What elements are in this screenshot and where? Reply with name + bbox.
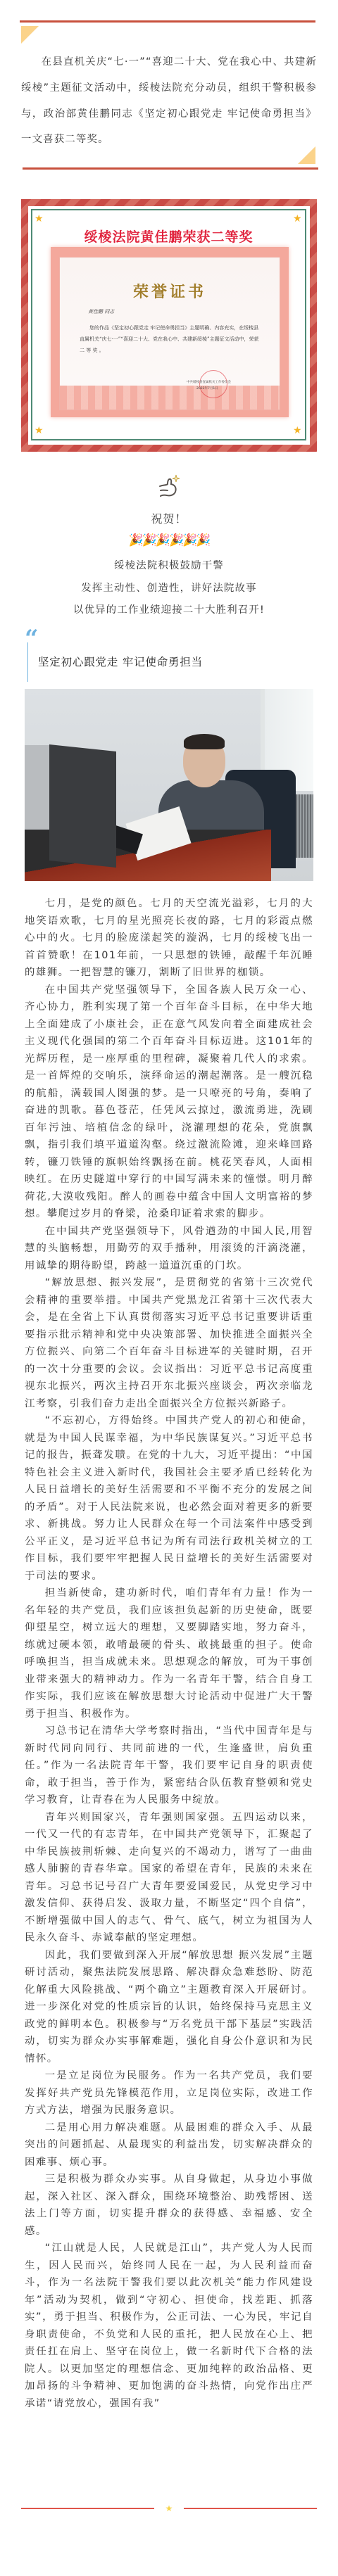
person-hair [184,734,225,749]
official-seal-icon [199,370,227,398]
slogan-line: 绥棱法院积极鼓励干警 [0,555,338,578]
author-photo [25,689,313,881]
certificate-card: ★ ★ ★ ★ 绥棱法院黄佳鹏荣获二等奖 荣誉证书 黄佳鹏 同志 您的作品《坚定… [28,206,310,445]
end-divider: ★ [21,2501,317,2515]
star-icon: ★ [293,214,303,224]
article-paragraph: 七月，是党的颜色。七月的天空流光溢彩，七月的大地笑语欢歌，七月的星光照亮长夜的路… [25,895,313,982]
certificate-date: 2022年7月1日 [196,386,218,391]
star-icon: ★ [35,426,44,436]
section-title: 坚定初心跟党走 牢记使命勇担当 [38,654,203,669]
article-paragraph: 三是积极为群众办实事。从自身做起，从身边小事做起，深入社区、深入群众，围绕环境整… [25,2171,313,2240]
computer-monitor [49,744,116,868]
article-paragraph: 青年兴则国家兴，青年强则国家强。五四运动以来，一代又一代的有志青年，在中国共产党… [25,1809,313,1947]
article-paragraph: “解放思想、振兴发展”，是贯彻党的省第十三次党代会精神的重要举措。中国共产党黑龙… [25,1274,313,1412]
slogan-line: 以优异的工作业绩迎接二十大胜利召开! [0,599,338,622]
quote-bar-divider [27,642,29,682]
certificate-heading: 荣誉证书 [60,280,280,302]
star-icon: ★ [293,426,303,436]
article-paragraph: “不忘初心，方得始终。中国共产党人的初心和使命，就是为中国人民谋幸福，为中华民族… [25,1412,313,1585]
article-paragraph: 因此，我们要做到深入开展“解放思想 振兴发展”主题研讨活动，聚焦法院发展思路、解… [25,1947,313,2068]
intro-paragraph: 在县直机关庆“七·一”“喜迎二十大、党在我心中、共建新绥棱”主题征文活动中，绥棱… [21,49,317,153]
article-paragraph: 在中国共产党坚强领导下，全国各族人民万众一心、齐心协力，胜利实现了第一个百年奋斗… [25,982,313,1223]
party-popper-icons: 🎉🎉🎉🎉🎉🎉 [0,533,338,548]
divider-line-left [21,2508,154,2509]
clapping-hand-icon [158,474,182,499]
certificate-banner-title: 绥棱法院黄佳鹏荣获二等奖 [32,227,305,246]
slogan-line: 发挥主动性、创造性，讲好法院故事 [0,578,338,600]
star-icon: ★ [35,214,44,224]
certificate-body: 您的作品《坚定初心跟党走 牢记使命勇担当》主题明确、内容充实，在绥棱县直属机关“… [80,322,263,356]
top-rule-divider [20,20,315,23]
article-paragraph: 习总书记在清华大学考察时指出，“当代中国青年是与新时代同向同行、共同前进的一代，… [25,1722,313,1809]
intro-block: 在县直机关庆“七·一”“喜迎二十大、党在我心中、共建新绥棱”主题征文活动中，绥棱… [20,20,315,170]
certificate-image: 荣誉证书 黄佳鹏 同志 您的作品《坚定初心跟党走 牢记使命勇担当》主题明确、内容… [51,247,289,417]
article-paragraph: 一是立足岗位为民服务。作为一名共产党员，我们要发挥好共产党员先锋模范作用，立足岗… [25,2067,313,2119]
corner-triangle-bottom-right-icon [298,146,315,164]
certificate-issuer: 中共绥棱县直属机关工作委员会 [187,380,231,384]
certificate-paper: 荣誉证书 黄佳鹏 同志 您的作品《坚定初心跟党走 牢记使命勇担当》主题明确、内容… [59,257,280,410]
article-paragraph: 担当新使命，建功新时代，咱们青年有力量！作为一名年轻的共产党员，我们应该担负起新… [25,1585,313,1722]
certificate-recipient: 黄佳鹏 同志 [88,308,114,315]
article-body: 七月，是党的颜色。七月的天空流光溢彩，七月的大地笑语欢歌，七月的星光照亮长夜的路… [25,895,313,2412]
bottom-rule-divider [23,167,318,170]
article-paragraph: 在中国共产党坚强领导下，风骨遒劲的中国人民,用智慧的头脑畅想，用勤劳的双手播种，… [25,1223,313,1275]
divider-line-right [184,2508,317,2509]
article-paragraph: 二是用心用力解决难题。从最困难的群众入手、从最突出的问题抓起、从最现实的利益出发… [25,2119,313,2171]
slogan-block: 绥棱法院积极鼓励干警 发挥主动性、创造性，讲好法院故事 以优异的工作业绩迎接二十… [0,555,338,622]
article-paragraph: “江山就是人民，人民就是江山”，共产党人为人民而生，因人民而兴，始终同人民在一起… [25,2240,313,2412]
congrats-text: 祝贺！ [0,510,338,526]
certificate-frame: ★ ★ ★ ★ 绥棱法院黄佳鹏荣获二等奖 荣誉证书 黄佳鹏 同志 您的作品《坚定… [21,199,317,452]
star-icon: ★ [164,2501,174,2515]
certificate-inner-border: ★ ★ ★ ★ 绥棱法院黄佳鹏荣获二等奖 荣誉证书 黄佳鹏 同志 您的作品《坚定… [31,209,306,440]
corner-triangle-top-left-icon [21,26,39,44]
